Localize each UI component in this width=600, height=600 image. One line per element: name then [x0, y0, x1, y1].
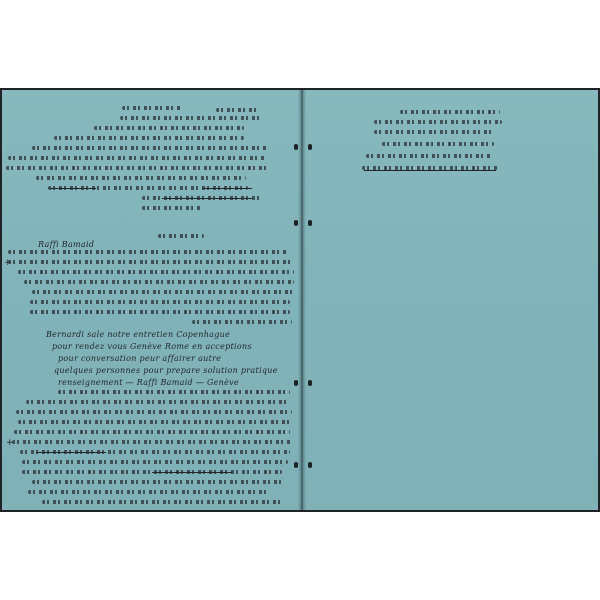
script-line — [400, 110, 500, 114]
script-line — [120, 116, 262, 120]
script-line — [94, 126, 244, 130]
script-line — [216, 108, 260, 112]
script-line — [6, 166, 268, 170]
binding-hole — [294, 462, 298, 468]
script-line — [22, 460, 288, 464]
strikethrough — [364, 170, 496, 171]
script-line — [30, 310, 290, 314]
margin-mark: + — [6, 438, 14, 448]
script-line — [366, 154, 492, 158]
script-line — [32, 146, 268, 150]
script-line — [30, 300, 290, 304]
script-line — [382, 142, 494, 146]
script-line — [18, 420, 290, 424]
script-line — [16, 410, 292, 414]
script-line — [12, 440, 292, 444]
handwritten-name: Raffi Bamaid — [38, 240, 94, 249]
script-line — [192, 320, 292, 324]
paper-sheet: Raffi Bamaid Bernardi sale notre entreti… — [2, 90, 598, 510]
french-line: pour conversation peur affairer autre — [58, 354, 221, 363]
strikethrough — [50, 188, 96, 189]
script-line — [8, 260, 294, 264]
script-line — [8, 156, 266, 160]
right-page — [304, 90, 598, 510]
strikethrough — [162, 198, 252, 199]
strikethrough — [36, 452, 106, 453]
script-line — [36, 176, 246, 180]
script-line — [8, 250, 288, 254]
script-line — [58, 390, 290, 394]
script-line — [374, 130, 494, 134]
margin-mark: + — [4, 258, 12, 268]
strikethrough — [202, 188, 252, 189]
french-line: Bernardi sale notre entretien Copenhague — [46, 330, 230, 339]
binding-hole — [294, 380, 298, 386]
script-line — [32, 290, 294, 294]
french-line: quelques personnes pour prepare solution… — [54, 366, 278, 375]
script-line — [18, 270, 294, 274]
binding-hole — [294, 144, 298, 150]
script-line — [142, 206, 202, 210]
script-line — [374, 120, 502, 124]
script-line — [42, 500, 282, 504]
script-line — [122, 106, 182, 110]
script-line — [14, 430, 290, 434]
binding-hole — [294, 220, 298, 226]
script-line — [28, 490, 268, 494]
script-line — [26, 400, 288, 404]
french-line: pour rendez vous Genève Rome en acceptio… — [52, 342, 252, 351]
script-line — [24, 280, 294, 284]
french-line: renseignement — Raffi Bamaid — Genève — [58, 378, 239, 387]
script-line — [54, 136, 244, 140]
left-page: Raffi Bamaid Bernardi sale notre entreti… — [2, 90, 300, 510]
script-line — [158, 234, 204, 238]
strikethrough — [152, 472, 232, 473]
script-line — [32, 480, 282, 484]
manuscript-scan: Raffi Bamaid Bernardi sale notre entreti… — [0, 88, 600, 512]
